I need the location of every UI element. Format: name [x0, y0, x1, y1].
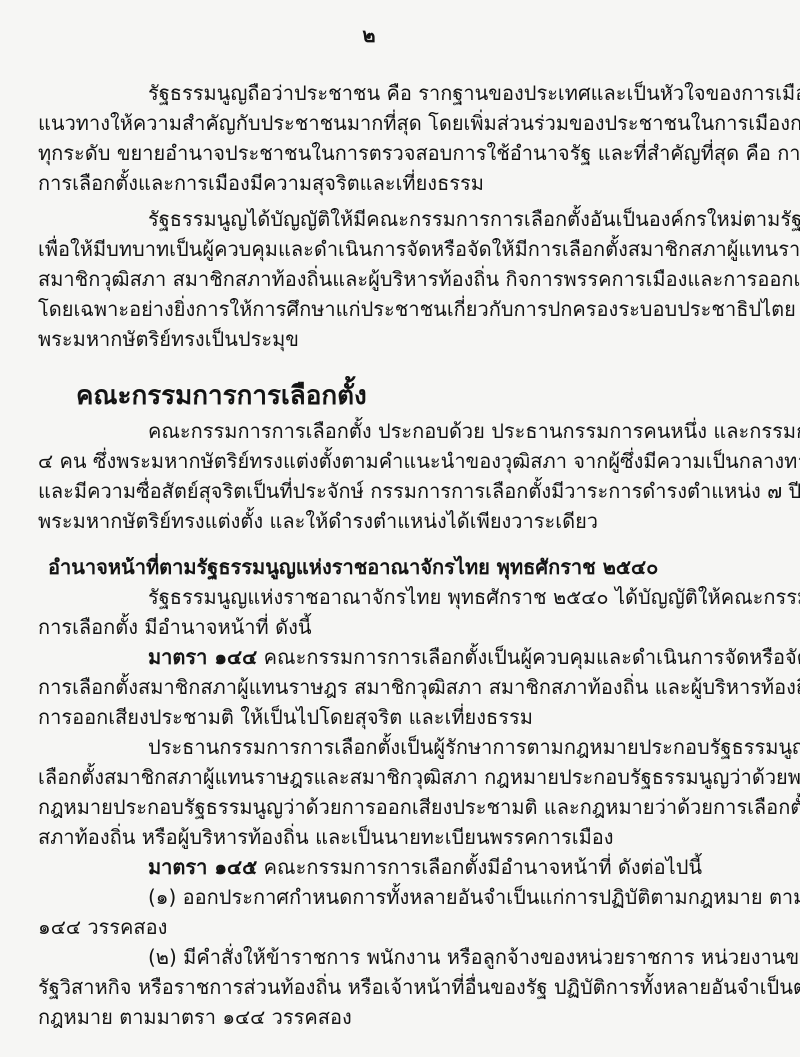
text-line: พระมหากษัตริย์ทรงเป็นประมุข	[38, 324, 700, 354]
paragraph: คณะกรรมการการเลือกตั้ง ประกอบด้วย ประธาน…	[38, 416, 700, 536]
text-line: พระมหากษัตริย์ทรงแต่งตั้ง และให้ดำรงตำแห…	[38, 506, 700, 536]
text-line: กฎหมายประกอบรัฐธรรมนูญว่าด้วยการออกเสียง…	[38, 792, 700, 822]
document-page: ๒ รัฐธรรมนูญถือว่าประชาชน คือ รากฐานของป…	[0, 0, 800, 1057]
text-line: รัฐวิสาหกิจ หรือราชการส่วนท้องถิ่น หรือเ…	[38, 972, 700, 1002]
text-line: ทุกระดับ ขยายอำนาจประชาชนในการตรวจสอบการ…	[38, 138, 700, 168]
text-line: ประธานกรรมการการเลือกตั้งเป็นผู้รักษาการ…	[38, 732, 700, 762]
text-line: การเลือกตั้งสมาชิกสภาผู้แทนราษฎร สมาชิกว…	[38, 672, 700, 702]
text-line: แนวทางให้ความสำคัญกับประชาชนมากที่สุด โด…	[38, 108, 700, 138]
text-line: (๑) ออกประกาศกำหนดการทั้งหลายอันจำเป็นแก…	[38, 882, 700, 912]
page-number: ๒	[38, 20, 700, 50]
paragraph: (๒) มีคำสั่งให้ข้าราชการ พนักงาน หรือลูก…	[38, 942, 700, 1032]
paragraph: (๑) ออกประกาศกำหนดการทั้งหลายอันจำเป็นแก…	[38, 882, 700, 942]
paragraph: มาตรา ๑๔๔ คณะกรรมการการเลือกตั้งเป็นผู้ค…	[38, 642, 700, 732]
subsection-heading: อำนาจหน้าที่ตามรัฐธรรมนูญแห่งราชอาณาจักร…	[38, 552, 700, 582]
text-line: คณะกรรมการการเลือกตั้ง ประกอบด้วย ประธาน…	[38, 416, 700, 446]
paragraph: รัฐธรรมนูญได้บัญญัติให้มีคณะกรรมการการเล…	[38, 204, 700, 354]
text-line: การออกเสียงประชามติ ให้เป็นไปโดยสุจริต แ…	[38, 702, 700, 732]
text-span: คณะกรรมการการเลือกตั้งมีอำนาจหน้าที่ ดัง…	[257, 855, 702, 879]
text-line: การเลือกตั้งและการเมืองมีความสุจริตและเท…	[38, 168, 700, 198]
article-144-label: มาตรา ๑๔๔	[148, 645, 257, 669]
paragraph: มาตรา ๑๔๕ คณะกรรมการการเลือกตั้งมีอำนาจห…	[38, 852, 700, 882]
text-line: โดยเฉพาะอย่างยิ่งการให้การศึกษาแก่ประชาช…	[38, 294, 700, 324]
text-line: มาตรา ๑๔๔ คณะกรรมการการเลือกตั้งเป็นผู้ค…	[38, 642, 700, 672]
text-line: รัฐธรรมนูญถือว่าประชาชน คือ รากฐานของประ…	[38, 78, 700, 108]
text-line: รัฐธรรมนูญแห่งราชอาณาจักรไทย พุทธศักราช …	[38, 582, 700, 612]
text-line: สมาชิกวุฒิสภา สมาชิกสภาท้องถิ่นและผู้บริ…	[38, 264, 700, 294]
text-line: และมีความซื่อสัตย์สุจริตเป็นที่ประจักษ์ …	[38, 476, 700, 506]
text-line: มาตรา ๑๔๕ คณะกรรมการการเลือกตั้งมีอำนาจห…	[38, 852, 700, 882]
text-line: ๔ คน ซึ่งพระมหากษัตริย์ทรงแต่งตั้งตามคำแ…	[38, 446, 700, 476]
section-heading: คณะกรรมการการเลือกตั้ง	[38, 376, 700, 416]
text-line: การเลือกตั้ง มีอำนาจหน้าที่ ดังนี้	[38, 612, 700, 642]
article-145-label: มาตรา ๑๔๕	[148, 855, 257, 879]
text-line: (๒) มีคำสั่งให้ข้าราชการ พนักงาน หรือลูก…	[38, 942, 700, 972]
text-span: คณะกรรมการการเลือกตั้งเป็นผู้ควบคุมและดำ…	[257, 645, 800, 669]
text-line: ๑๔๔ วรรคสอง	[38, 912, 700, 942]
paragraph: รัฐธรรมนูญแห่งราชอาณาจักรไทย พุทธศักราช …	[38, 582, 700, 642]
text-line: สภาท้องถิ่น หรือผู้บริหารท้องถิ่น และเป็…	[38, 822, 700, 852]
text-line: เลือกตั้งสมาชิกสภาผู้แทนราษฎรและสมาชิกวุ…	[38, 762, 700, 792]
text-line: รัฐธรรมนูญได้บัญญัติให้มีคณะกรรมการการเล…	[38, 204, 700, 234]
text-line: เพื่อให้มีบทบาทเป็นผู้ควบคุมและดำเนินการ…	[38, 234, 700, 264]
paragraph: ประธานกรรมการการเลือกตั้งเป็นผู้รักษาการ…	[38, 732, 700, 852]
text-line: กฎหมาย ตามมาตรา ๑๔๔ วรรคสอง	[38, 1002, 700, 1032]
paragraph: รัฐธรรมนูญถือว่าประชาชน คือ รากฐานของประ…	[38, 78, 700, 198]
